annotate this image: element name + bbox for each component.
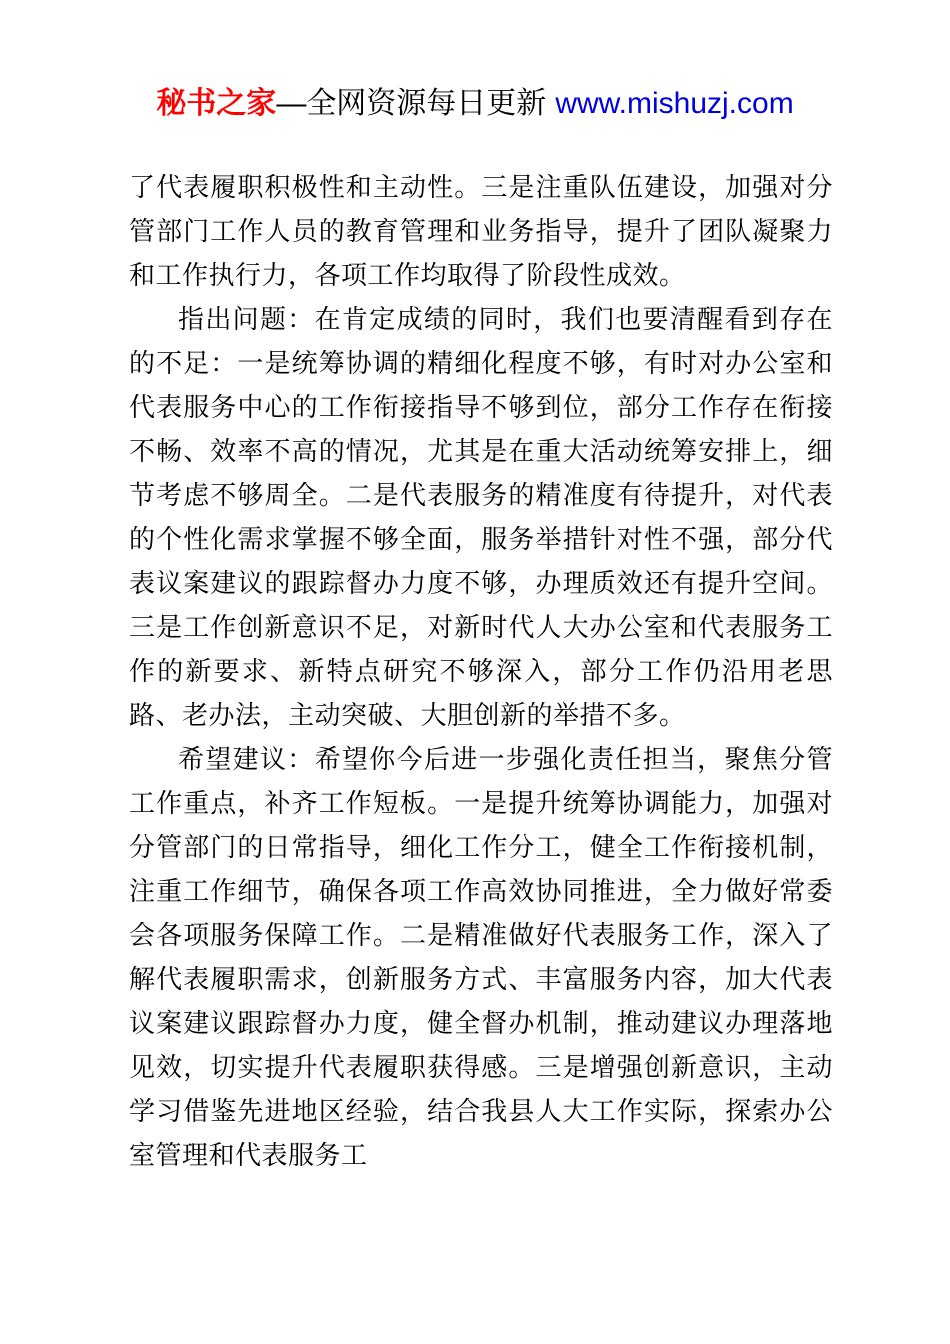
site-header: 秘书之家—全网资源每日更新www.mishuzj.com bbox=[0, 86, 950, 122]
site-tagline: —全网资源每日更新 bbox=[276, 87, 546, 120]
site-brand: 秘书之家 bbox=[156, 87, 276, 120]
body-paragraph-suggestions: 希望建议：希望你今后进一步强化责任担当，聚焦分管工作重点，补齐工作短板。一是提升… bbox=[129, 737, 833, 1177]
body-paragraph-problems: 指出问题：在肯定成绩的同时，我们也要清醒看到存在的不足：一是统筹协调的精细化程度… bbox=[129, 297, 833, 737]
document-body: 了代表履职积极性和主动性。三是注重队伍建设，加强对分管部门工作人员的教育管理和业… bbox=[129, 165, 833, 1177]
body-paragraph-continued: 了代表履职积极性和主动性。三是注重队伍建设，加强对分管部门工作人员的教育管理和业… bbox=[129, 165, 833, 297]
site-url-link[interactable]: www.mishuzj.com bbox=[555, 87, 793, 120]
document-page: 秘书之家—全网资源每日更新www.mishuzj.com 了代表履职积极性和主动… bbox=[0, 0, 950, 1344]
